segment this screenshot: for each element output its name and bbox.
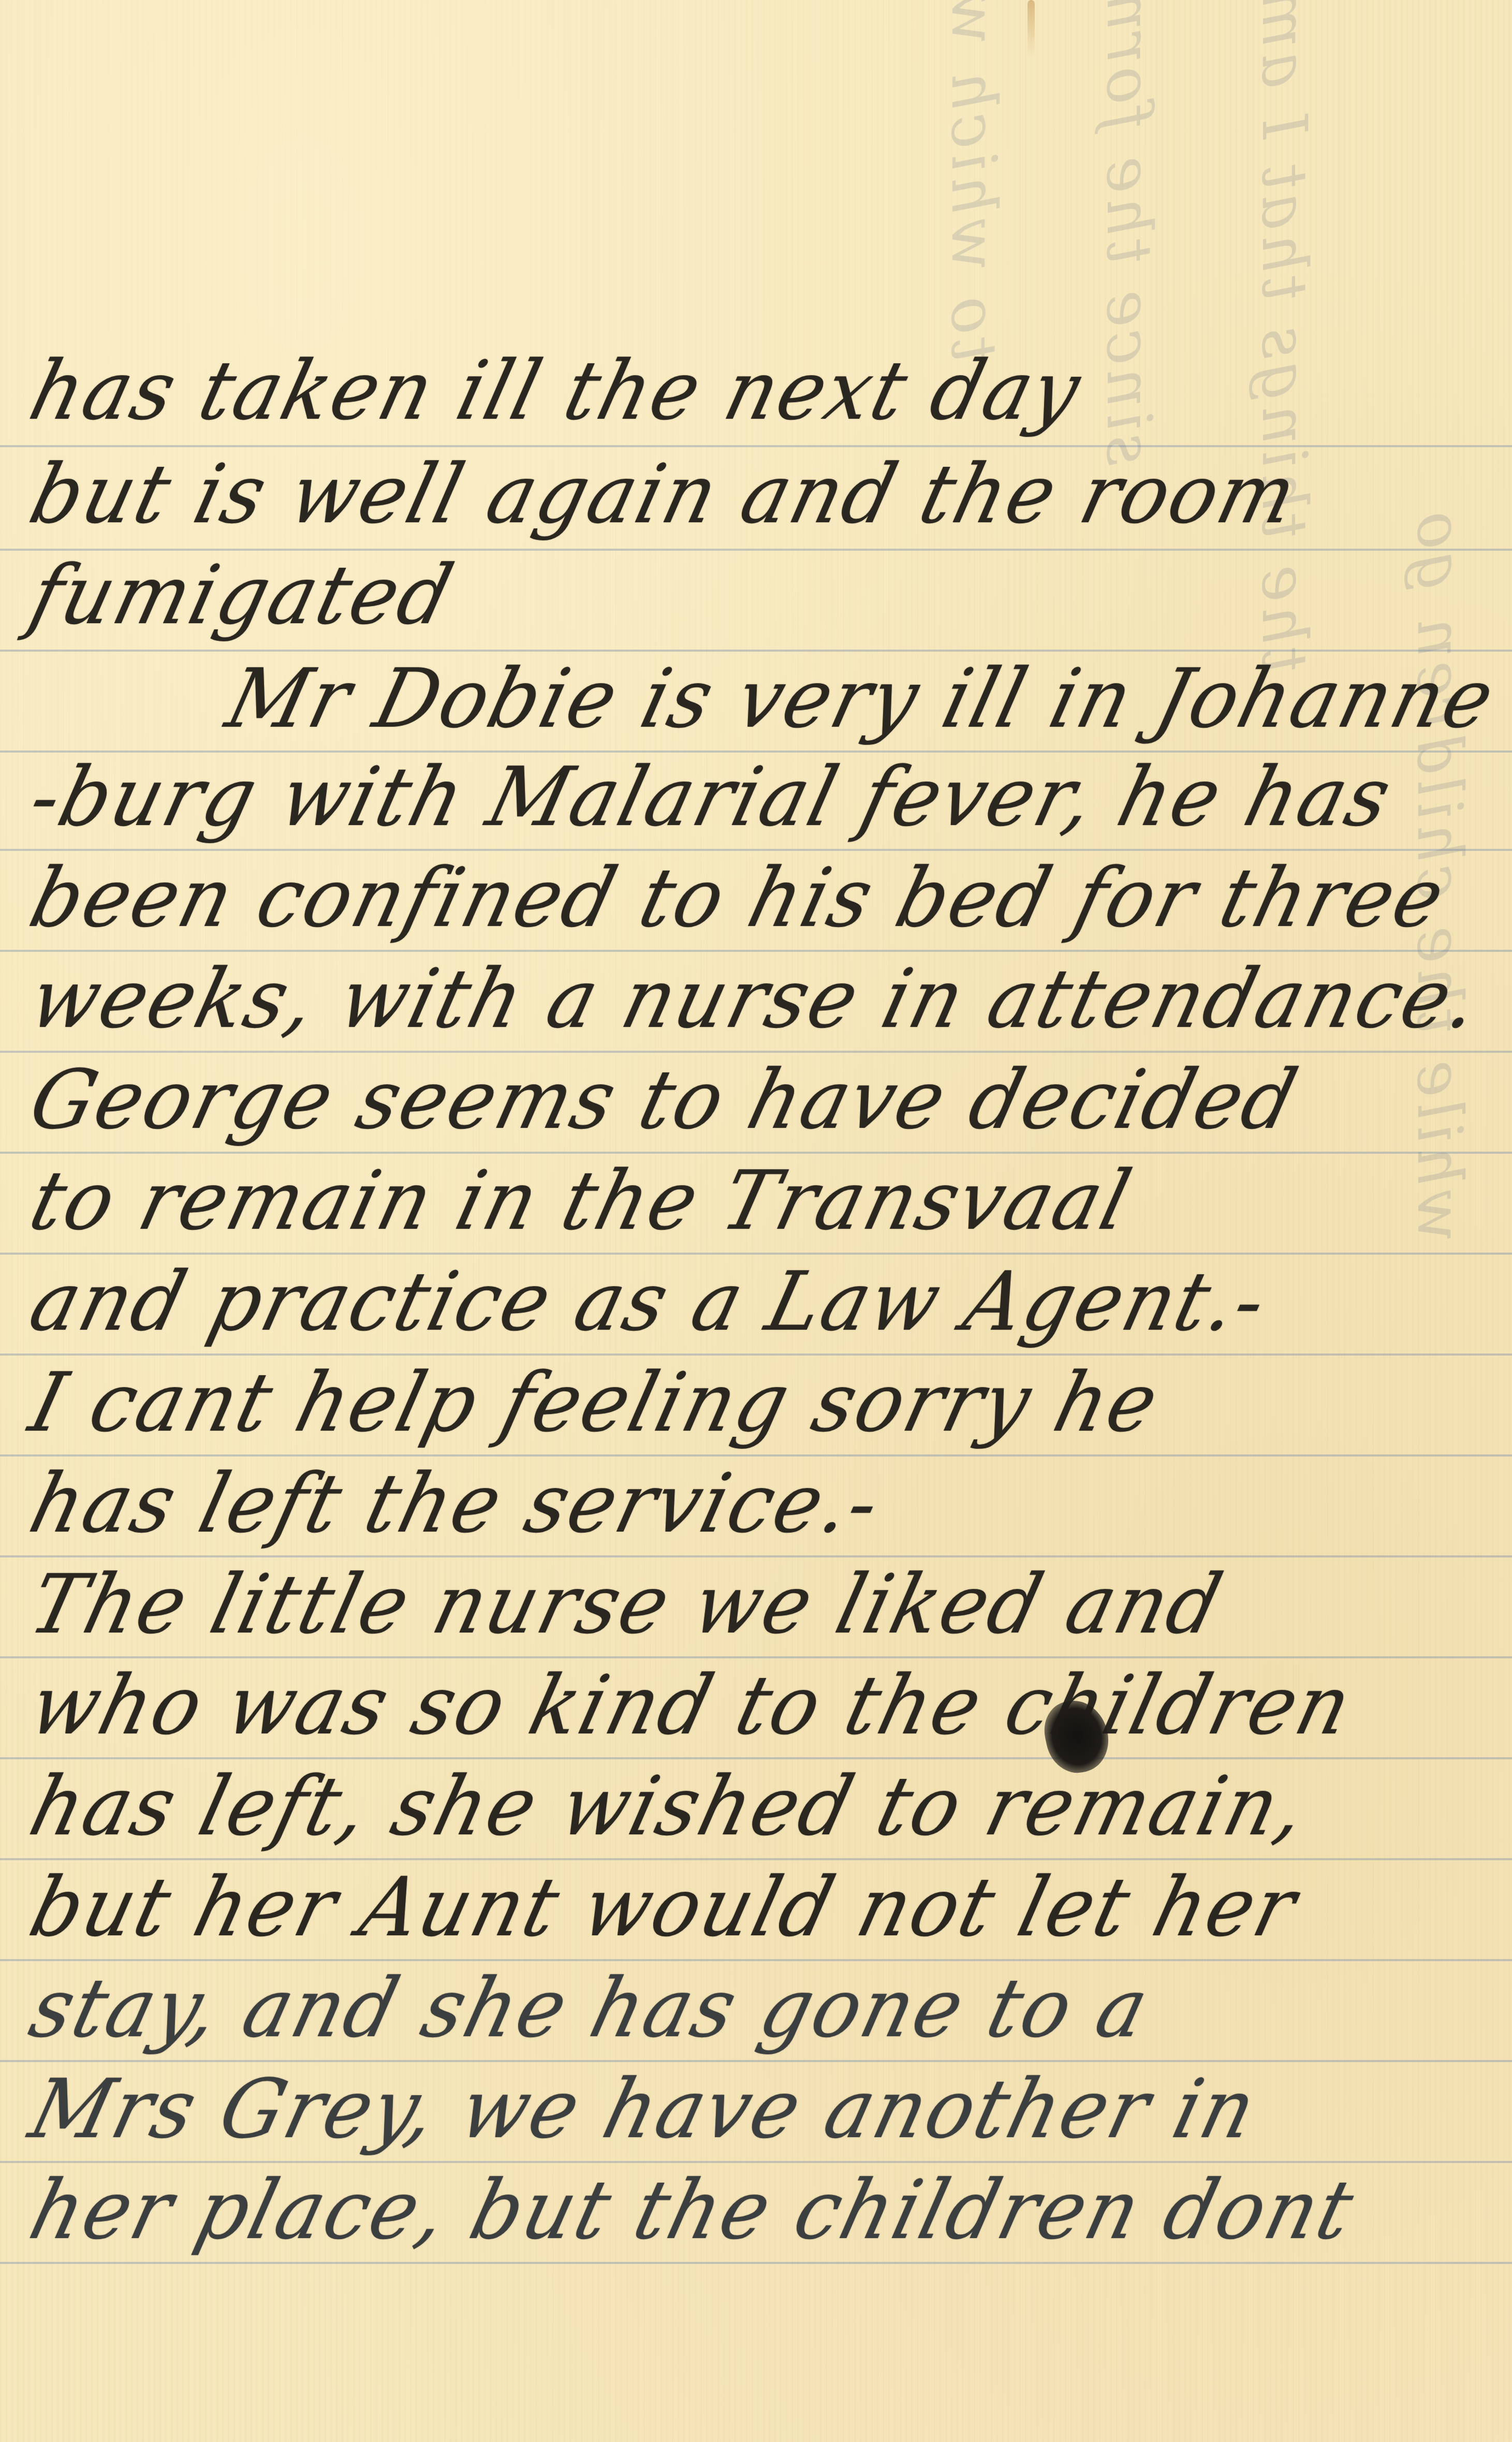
letter-line: -burg with Malarial fever, he has xyxy=(21,748,1512,846)
letter-line: Mr Dobie is very ill in Johanne xyxy=(217,650,1512,748)
letter-page: to which we have got since the former ca… xyxy=(0,0,1512,2442)
letter-line: George seems to have decided xyxy=(21,1051,1512,1149)
letter-line: has left, she wished to remain, xyxy=(21,1758,1512,1856)
letter-line: been confined to his bed for three xyxy=(21,849,1512,947)
paper-stain xyxy=(1027,0,1035,57)
letter-line: Mrs Grey, we have another in xyxy=(21,2061,1512,2158)
bleed-through-text: to which we have got xyxy=(937,0,1009,362)
letter-line: stay, and she has gone to a xyxy=(21,1960,1512,2057)
ruled-line xyxy=(0,2262,1512,2264)
letter-line: her place, but the children dont xyxy=(21,2161,1512,2259)
letter-line: and practice as a Law Agent.- xyxy=(21,1253,1512,1351)
letter-line: The little nurse we liked and xyxy=(21,1556,1512,1654)
letter-line: fumigated xyxy=(21,547,1512,644)
letter-line: I cant help feeling sorry he xyxy=(21,1354,1512,1452)
letter-line: who was so kind to the children xyxy=(21,1657,1512,1755)
letter-line: has taken ill the next day xyxy=(21,342,1512,440)
letter-line: but her Aunt would not let her xyxy=(21,1859,1512,1956)
letter-line: weeks, with a nurse in attendance. xyxy=(21,950,1512,1048)
letter-line: but is well again and the room xyxy=(21,446,1512,543)
letter-line: to remain in the Transvaal xyxy=(21,1152,1512,1250)
letter-line: has left the service.- xyxy=(21,1455,1512,1553)
